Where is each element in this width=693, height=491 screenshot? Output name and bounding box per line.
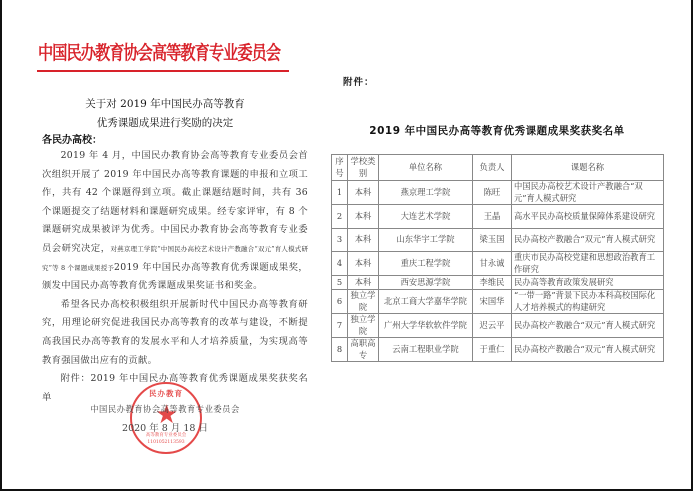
cell-unit: 山东华宇工学院 — [379, 228, 473, 252]
cell-unit: 北京工商大学嘉华学院 — [379, 290, 473, 314]
table-header-row: 序号 学校类别 单位名称 负责人 课题名称 — [332, 155, 664, 181]
cell-unit: 广州大学华软软件学院 — [379, 314, 473, 338]
table-row: 7 独立学院 广州大学华软软件学院 迟云平 民办高校产教融合“双元”育人模式研究 — [332, 314, 664, 338]
letterhead-title: 中国民办教育协会高等教育专业委员会 — [38, 38, 240, 65]
cell-no: 8 — [332, 338, 348, 362]
notice-body: 2019 年 4 月，中国民办教育协会高等教育专业委员会首次组织开展了 2019… — [42, 147, 308, 407]
salutation: 各民办高校： — [42, 131, 102, 146]
table-row: 6 独立学院 北京工商大学嘉华学院 宋国华 “一带一路”背景下民办本科高校国际化… — [332, 290, 664, 314]
cell-no: 7 — [332, 314, 348, 338]
paragraph-1-text: 2019 年 4 月，中国民办教育协会高等教育专业委员会首次组织开展了 2019… — [42, 150, 308, 254]
cell-unit: 云南工程职业学院 — [379, 338, 473, 362]
official-seal: 民办教育 ★ 高等教育专业委员会 1101052113593 — [130, 382, 202, 454]
cell-lead: 甘永诚 — [473, 252, 512, 276]
seal-top-text: 民办教育 — [144, 388, 188, 399]
page-border-left — [0, 0, 2, 491]
notice-title-line2: 优秀课题成果进行奖励的决定 — [0, 115, 330, 130]
cell-lead: 李维民 — [473, 276, 512, 290]
cell-unit: 大连艺术学院 — [379, 205, 473, 229]
cell-lead: 于重仁 — [473, 338, 512, 362]
cell-type: 本科 — [348, 181, 379, 205]
attachment-label: 附件： — [343, 74, 375, 88]
signer: 中国民办教育协会高等教育专业委员会 — [0, 403, 330, 415]
attachment-title: 2019 年中国民办高等教育优秀课题成果奖获奖名单 — [331, 123, 663, 138]
cell-topic: 民办高等教育政策发展研究 — [512, 276, 664, 290]
cell-lead: 迟云平 — [473, 314, 512, 338]
cell-topic: 民办高校产教融合“双元”育人模式研究 — [512, 314, 664, 338]
table-row: 5 本科 西安思源学院 李维民 民办高等教育政策发展研究 — [332, 276, 664, 290]
col-header-lead: 负责人 — [473, 155, 512, 181]
table-row: 3 本科 山东华宇工学院 梁玉国 民办高校产教融合“双元”育人模式研究 — [332, 228, 664, 252]
cell-unit: 重庆工程学院 — [379, 252, 473, 276]
cell-no: 2 — [332, 205, 348, 229]
cell-lead: 陈旺 — [473, 181, 512, 205]
cell-lead: 宋国华 — [473, 290, 512, 314]
cell-topic: 重庆市民办高校党建和思想政治教育工作研究 — [512, 252, 664, 276]
cell-no: 3 — [332, 228, 348, 252]
cell-topic: 高水平民办高校质量保障体系建设研究 — [512, 205, 664, 229]
cell-no: 5 — [332, 276, 348, 290]
cell-topic: “一带一路”背景下民办本科高校国际化人才培养模式的构建研究 — [512, 290, 664, 314]
col-header-no: 序号 — [332, 155, 348, 181]
award-table: 序号 学校类别 单位名称 负责人 课题名称 1 本科 燕京理工学院 陈旺 中国民… — [331, 154, 664, 362]
cell-type: 独立学院 — [348, 314, 379, 338]
cell-type: 本科 — [348, 252, 379, 276]
sign-date: 2020 年 8 月 18 日 — [0, 420, 330, 434]
letterhead-rule — [37, 70, 289, 72]
table-row: 8 高职高专 云南工程职业学院 于重仁 民办高校产教融合“双元”育人模式研究 — [332, 338, 664, 362]
cell-topic: 中国民办高校艺术设计产教融合“双元”育人模式研究 — [512, 181, 664, 205]
cell-lead: 梁玉国 — [473, 228, 512, 252]
seal-number: 1101052113593 — [142, 440, 190, 445]
col-header-unit: 单位名称 — [379, 155, 473, 181]
table-row: 4 本科 重庆工程学院 甘永诚 重庆市民办高校党建和思想政治教育工作研究 — [332, 252, 664, 276]
col-header-type: 学校类别 — [348, 155, 379, 181]
notice-title-line1: 关于对 2019 年中国民办高等教育 — [0, 96, 330, 111]
paragraph-1: 2019 年 4 月，中国民办教育协会高等教育专业委员会首次组织开展了 2019… — [42, 147, 308, 296]
cell-type: 高职高专 — [348, 338, 379, 362]
cell-no: 6 — [332, 290, 348, 314]
cell-topic: 民办高校产教融合“双元”育人模式研究 — [512, 228, 664, 252]
table-row: 1 本科 燕京理工学院 陈旺 中国民办高校艺术设计产教融合“双元”育人模式研究 — [332, 181, 664, 205]
paragraph-2: 希望各民办高校积极组织开展新时代中国民办高等教育研究，用理论研究促进我国民办高等… — [42, 296, 308, 370]
col-header-topic: 课题名称 — [512, 155, 664, 181]
cell-lead: 王晶 — [473, 205, 512, 229]
cell-type: 本科 — [348, 205, 379, 229]
cell-unit: 西安思源学院 — [379, 276, 473, 290]
cell-unit: 燕京理工学院 — [379, 181, 473, 205]
cell-topic: 民办高校产教融合“双元”育人模式研究 — [512, 338, 664, 362]
cell-type: 独立学院 — [348, 290, 379, 314]
cell-no: 4 — [332, 252, 348, 276]
cell-type: 本科 — [348, 228, 379, 252]
cell-type: 本科 — [348, 276, 379, 290]
cell-no: 1 — [332, 181, 348, 205]
table-row: 2 本科 大连艺术学院 王晶 高水平民办高校质量保障体系建设研究 — [332, 205, 664, 229]
